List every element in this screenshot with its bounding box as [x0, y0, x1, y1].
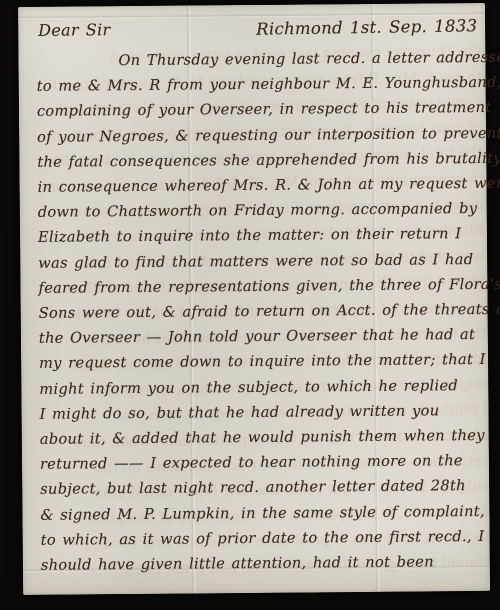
letter-line: complaining of your Overseer, in respect… — [37, 95, 480, 124]
letter-line: to me & Mrs. R from your neighbour M. E.… — [37, 70, 480, 99]
letter-line: down to Chattsworth on Friday morng. acc… — [38, 196, 481, 225]
letter-line: was glad to find that matters were not s… — [38, 247, 481, 276]
letter-line: On Thursday evening last recd. a letter … — [36, 45, 479, 74]
salutation: Dear Sir — [38, 20, 110, 40]
letter-line: subject, but last night recd. another le… — [40, 473, 483, 502]
letter-line: Sons were out, & afraid to return on Acc… — [39, 297, 482, 326]
letter-line: the fatal consequences she apprehended f… — [37, 146, 480, 175]
letter-line: I might do so, but that he had already w… — [39, 398, 482, 427]
letter-line: of your Negroes, & requesting our interp… — [37, 121, 480, 150]
letter-line: about it, & added that he would punish t… — [40, 423, 483, 452]
photo-background: On Thursday evening last recd. a letter … — [0, 0, 500, 610]
letter-line: the Overseer — John told your Overseer t… — [39, 322, 482, 351]
letter-page: On Thursday evening last recd. a letter … — [18, 3, 490, 595]
letter-line: in consequence whereof Mrs. R. & John at… — [37, 171, 480, 200]
letter-line: to which, as it was of prior date to the… — [41, 524, 484, 553]
letter-line: Elizabeth to inquire into the matter: on… — [38, 221, 481, 250]
letter-line: & signed M. P. Lumpkin, in the same styl… — [40, 499, 483, 528]
letter-line: returned —— I expected to hear nothing m… — [40, 448, 483, 477]
letter-header: Dear Sir Richmond 1st. Sep. 1833 — [38, 17, 477, 40]
letter-line: my request come down to inquire into the… — [39, 347, 482, 376]
letter-line: might inform you on the subject, to whic… — [39, 373, 482, 402]
letter-line: should have given little attention, had … — [41, 549, 484, 578]
letter-body: On Thursday evening last recd. a letter … — [36, 45, 484, 578]
letter-line: feared from the representations given, t… — [38, 272, 481, 301]
dateline: Richmond 1st. Sep. 1833 — [256, 16, 477, 38]
